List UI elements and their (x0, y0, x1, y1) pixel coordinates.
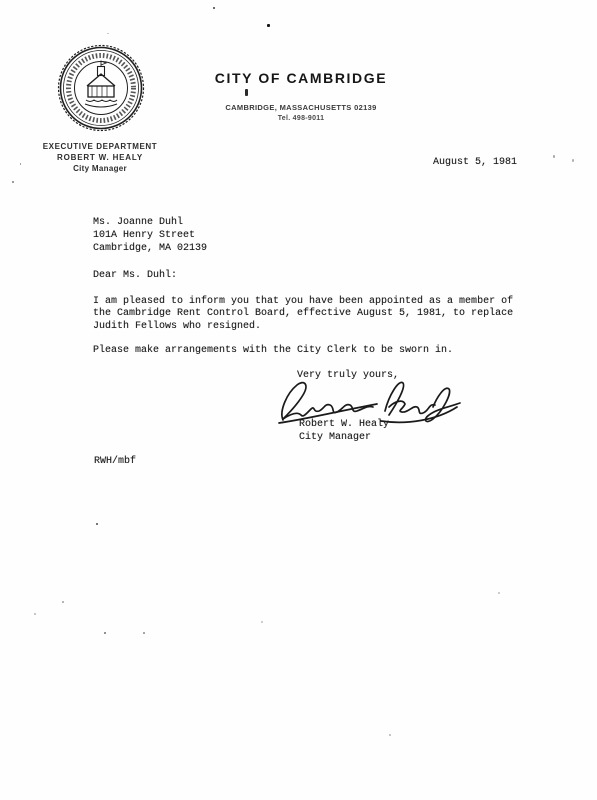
department-block: EXECUTIVE DEPARTMENT ROBERT W. HEALY Cit… (25, 141, 175, 174)
scan-speck (498, 592, 500, 594)
scan-speck (104, 632, 106, 634)
department-name: EXECUTIVE DEPARTMENT (25, 141, 175, 152)
scan-speck (12, 181, 14, 183)
letterhead-ink-mark (245, 89, 248, 96)
scan-speck (572, 159, 574, 162)
scan-speck (267, 24, 270, 27)
letterhead-phone: Tel. 498-9011 (181, 115, 421, 122)
letterhead-title: CITY OF CAMBRIDGE (181, 70, 421, 86)
scan-speck (20, 163, 21, 165)
salutation: Dear Ms. Duhl: (93, 270, 177, 282)
scan-speck (62, 601, 64, 603)
department-officer-title: City Manager (25, 163, 175, 174)
recipient-address-block: Ms. Joanne Duhl 101A Henry Street Cambri… (93, 216, 207, 255)
body-paragraph-2: Please make arrangements with the City C… (93, 345, 453, 357)
scan-speck (261, 621, 263, 623)
letter-page: CITY OF CAMBRIDGE CAMBRIDGE, MASSACHUSET… (0, 0, 597, 800)
scan-speck (107, 33, 109, 34)
cambridge-city-seal-icon (56, 43, 146, 133)
scan-speck (96, 523, 98, 525)
scan-speck (213, 7, 215, 9)
reference-initials: RWH/mbf (94, 456, 136, 468)
scan-speck (389, 734, 391, 736)
signature-title: City Manager (299, 432, 371, 444)
department-officer-name: ROBERT W. HEALY (25, 152, 175, 163)
scan-speck (34, 613, 36, 615)
scan-speck (553, 155, 555, 158)
signature-name: Robert W. Healy (299, 419, 389, 431)
letterhead-address: CAMBRIDGE, MASSACHUSETTS 02139 (181, 103, 421, 112)
date-line: August 5, 1981 (433, 157, 517, 169)
scan-speck (143, 632, 145, 634)
body-paragraph-1: I am pleased to inform you that you have… (93, 296, 513, 333)
